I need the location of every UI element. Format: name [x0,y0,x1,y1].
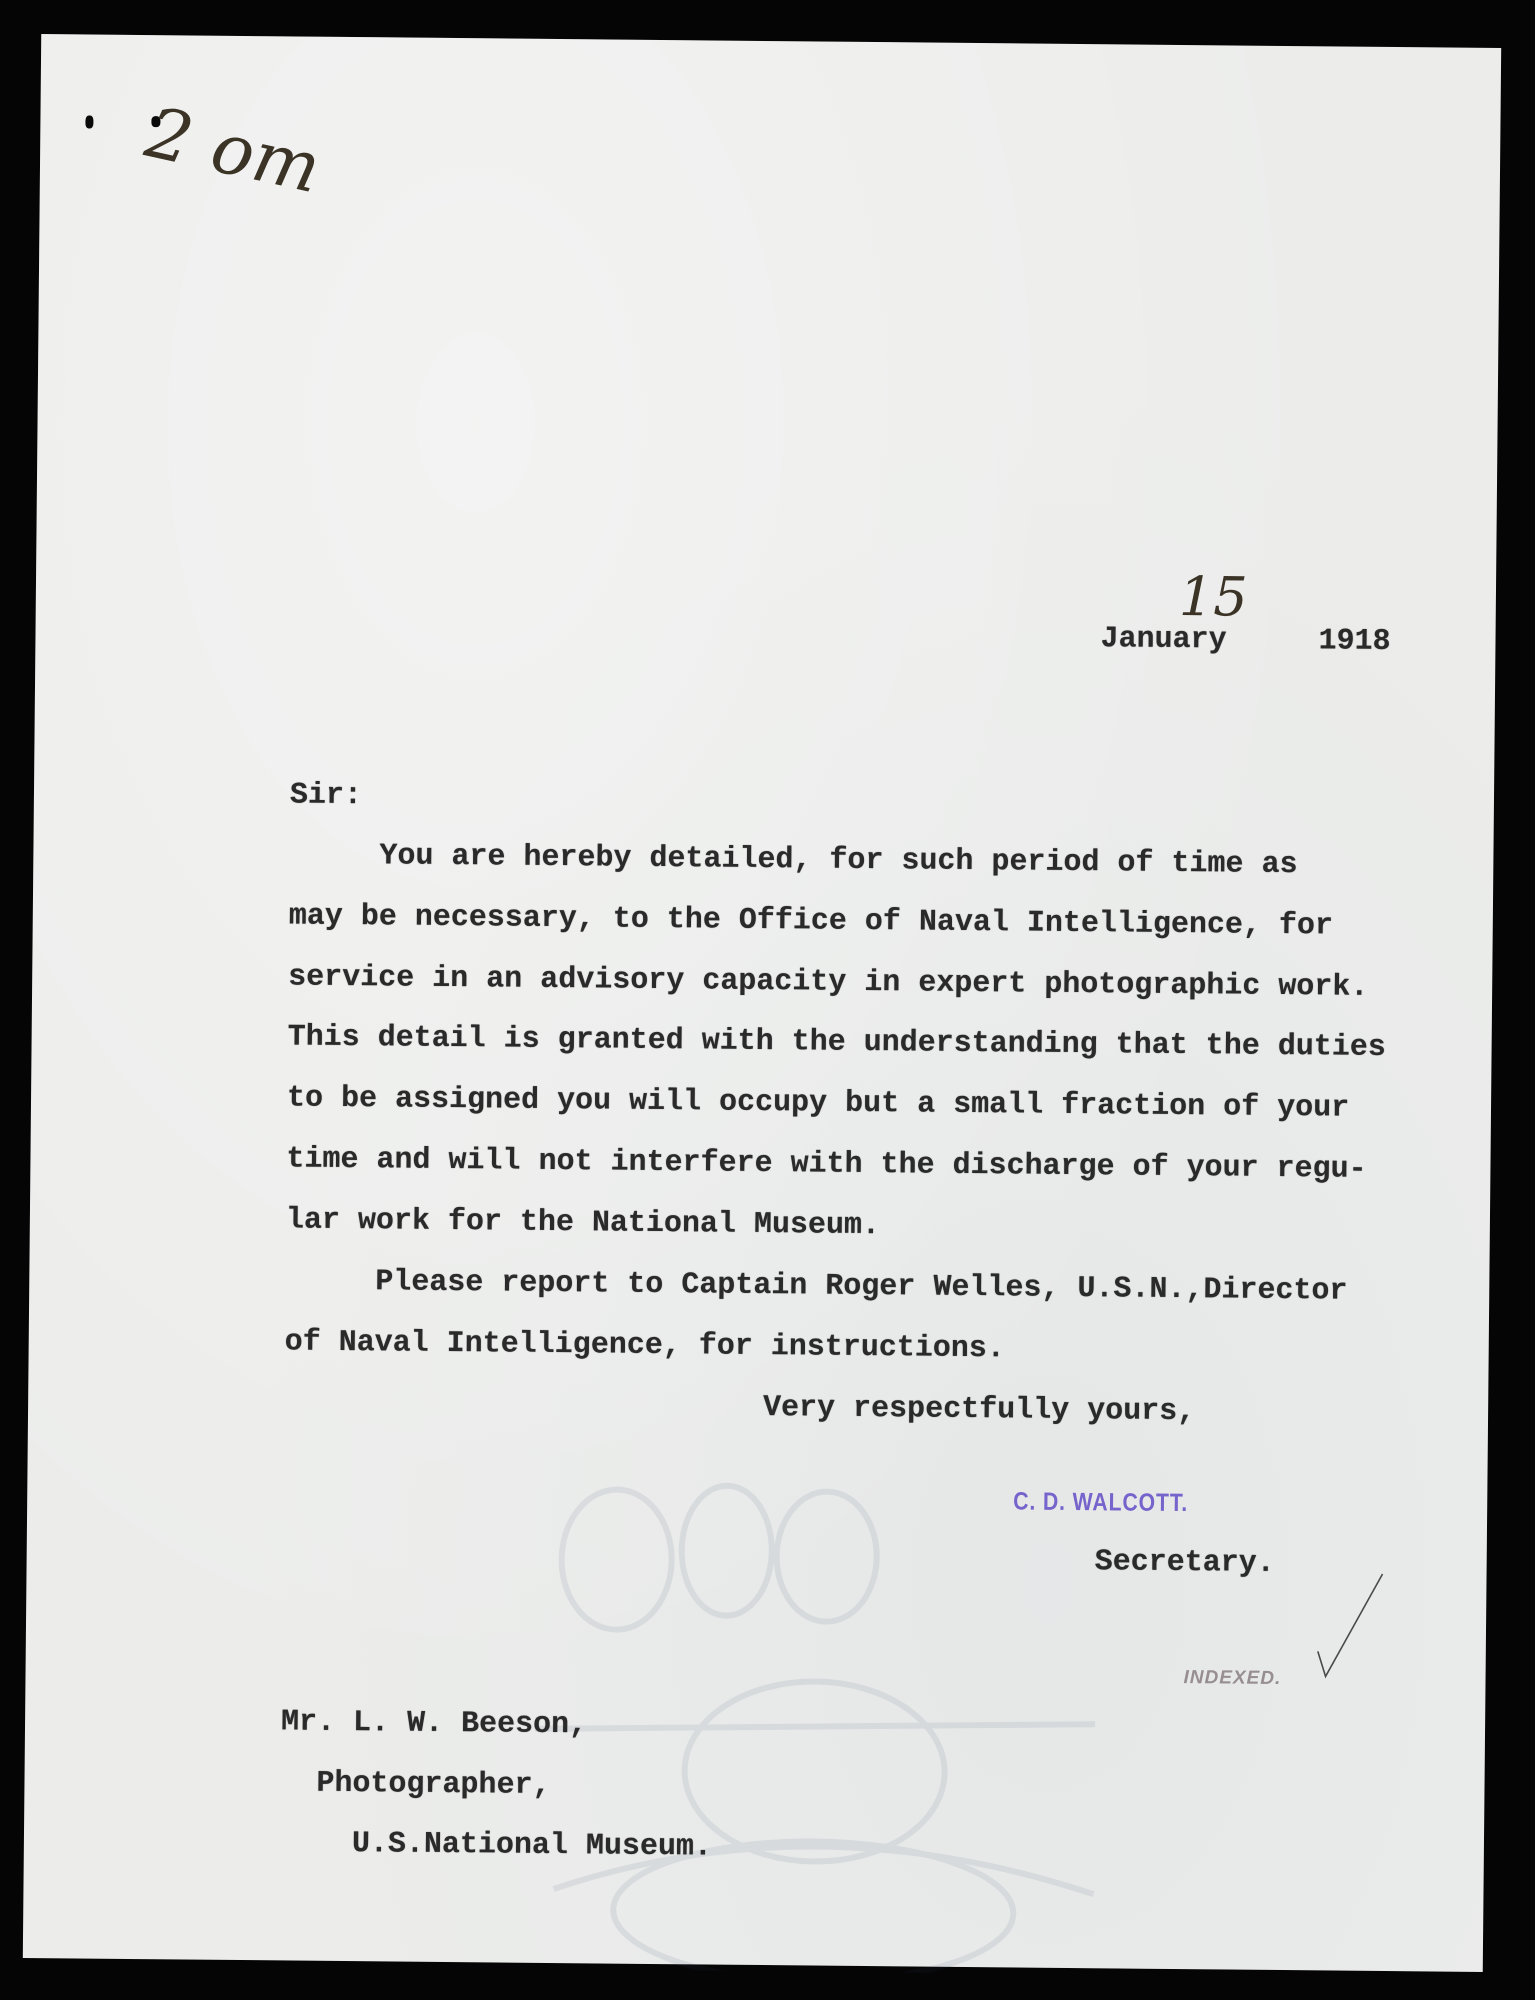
body-line-9: of Naval Intelligence, for instructions. [285,1324,1005,1367]
checkmark-icon [1316,1571,1387,1682]
body-line-7: lar work for the National Museum. [286,1202,880,1244]
date-day-handwritten: 15 [1179,565,1248,629]
addressee-org: U.S.National Museum. [352,1826,712,1865]
salutation: Sir: [290,777,362,814]
punch-hole-left [85,115,93,128]
signer-title: Secretary. [1094,1544,1274,1582]
date-year-text: 1918 [1318,624,1390,659]
body-line-5: to be assigned you will occupy but a sma… [287,1080,1349,1126]
addressee-name: Mr. L. W. Beeson, [281,1704,587,1743]
body-line-4: This detail is granted with the understa… [287,1019,1385,1066]
indexed-stamp: INDEXED. [1183,1667,1281,1690]
body-line-6: time and will not interfere with the dis… [286,1141,1366,1187]
annotation-text: 2 om [139,91,328,209]
body-line-8: Please report to Captain Roger Welles, U… [285,1263,1347,1309]
body-line-2: may be necessary, to the Office of Naval… [289,898,1333,944]
handwritten-annotation: 2 om [139,91,328,209]
letter-paper: 2 om January 15 1918 Sir: You are hereby… [23,34,1501,1972]
body-line-1: You are hereby detailed, for such period… [289,837,1297,883]
addressee-title: Photographer, [316,1766,550,1804]
signature-stamp: C. D. WALCOTT. [1013,1487,1188,1518]
body-line-3: service in an advisory capacity in exper… [288,959,1368,1005]
date-year: 1918 [1246,587,1391,696]
closing: Very respectfully yours, [763,1390,1195,1430]
date-day-text: 15 [1179,565,1248,629]
watermark-emblem [493,1468,1138,1974]
